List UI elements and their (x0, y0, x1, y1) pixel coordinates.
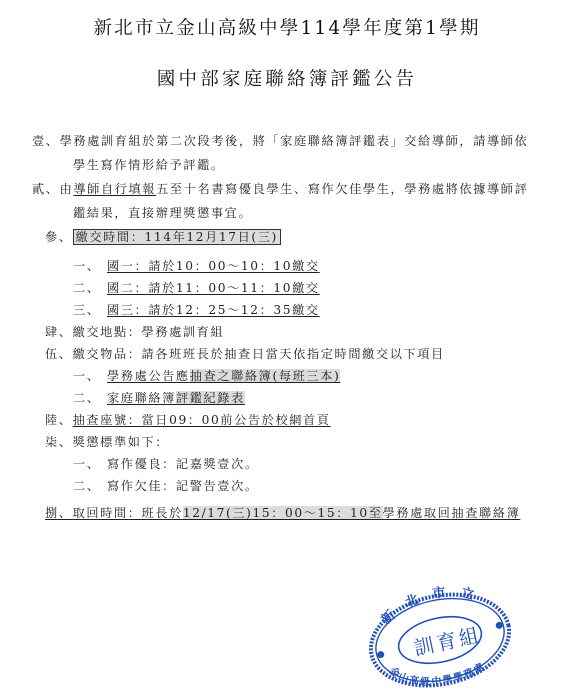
item-2-text-pre: 由 (60, 182, 74, 196)
sub-marker: 一、 (73, 258, 107, 274)
item-8: 捌、取回時間：班長於12/17(三)15：00～15：10至學務處取回抽查聯絡簿 (45, 505, 520, 521)
merit-rule: 寫作優良：記嘉獎壹次。 (107, 457, 259, 471)
item-4-text: 繳交地點：學務處訓育組 (73, 325, 225, 339)
item-7: 柒、獎懲標準如下： (45, 434, 169, 450)
item-3-marker: 參、 (45, 230, 73, 244)
sub-marker: 一、 (73, 368, 107, 384)
official-seal: 新北市立 訓育組 金山高級中學學務處 (365, 580, 515, 692)
item-5-sub-2: 二、家庭聯絡簿評鑑紀錄表 (73, 390, 245, 406)
demerit-rule: 寫作欠佳：記警告壹次。 (107, 479, 259, 493)
sub-marker: 三、 (73, 302, 107, 318)
page-title-line1: 新北市立金山高級中學114學年度第1學期 (0, 14, 574, 40)
page-title-line2: 國中部家庭聯絡簿評鑑公告 (0, 65, 574, 91)
grade-8-schedule: 國二：請於11：00～11：10繳交 (107, 281, 320, 295)
item-3: 參、繳交時間：114年12月17日(三) (45, 229, 281, 245)
item-8-text-pre: 取回時間：班長於 (73, 506, 183, 520)
item-5-text: 繳交物品：請各班班長於抽查日當天依指定時間繳交以下項目 (73, 347, 445, 361)
item-6: 陸、抽查座號：當日09：00前公告於校網首頁 (45, 412, 331, 428)
item-2-underlined: 導師自行填報 (73, 182, 156, 196)
item-7-text: 獎懲標準如下： (73, 435, 170, 449)
item-1-marker: 壹、 (32, 134, 60, 148)
sub-marker: 二、 (73, 478, 107, 494)
item-3-sub-3: 三、國三：請於12：25～12：35繳交 (73, 302, 320, 318)
grade-7-schedule: 國一：請於10：00～10：10繳交 (107, 259, 320, 273)
svg-text:訓育組: 訓育組 (412, 622, 484, 660)
item-1-text: 學務處訓育組於第二次段考後，將「家庭聯絡簿評鑑表」交給導師，請導師依 (60, 134, 529, 148)
item-7-sub-2: 二、寫作欠佳：記警告壹次。 (73, 478, 259, 494)
item-2-marker: 貳、 (32, 182, 60, 196)
item-5-sub-2-plain: 家庭聯絡簿 (107, 391, 176, 405)
item-3-sub-1: 一、國一：請於10：00～10：10繳交 (73, 258, 320, 274)
item-5: 伍、繳交物品：請各班班長於抽查日當天依指定時間繳交以下項目 (45, 346, 445, 362)
item-3-sub-2: 二、國二：請於11：00～11：10繳交 (73, 280, 320, 296)
item-2-text-post: 五至十名書寫優良學生、寫作欠佳學生，學務處將依據導師評 (156, 182, 528, 196)
sub-marker: 二、 (73, 390, 107, 406)
item-8-text-post: 學務處取回抽查聯絡簿 (383, 506, 521, 520)
item-6-text: 抽查座號：當日09：00前公告於校網首頁 (73, 413, 331, 427)
item-2: 貳、由導師自行填報五至十名書寫優良學生、寫作欠佳學生，學務處將依據導師評 (32, 181, 528, 197)
item-8-marker: 捌、 (45, 506, 73, 520)
seal-icon: 新北市立 訓育組 金山高級中學學務處 (365, 580, 515, 692)
grade-9-schedule: 國三：請於12：25～12：35繳交 (107, 303, 320, 317)
item-2-cont: 鑑結果，直接辦理獎懲事宜。 (73, 205, 252, 221)
item-8-highlight: 12/17(三)15：00～15：10至 (183, 506, 383, 520)
item-5-sub-1: 一、學務處公告應抽查之聯絡簿(每班三本) (73, 368, 340, 384)
submission-time-box: 繳交時間：114年12月17日(三) (73, 229, 281, 245)
sub-marker: 一、 (73, 456, 107, 472)
item-7-marker: 柒、 (45, 435, 73, 449)
item-6-marker: 陸、 (45, 413, 73, 427)
item-5-sub-1-plain: 學務處公告應 (107, 369, 190, 383)
sub-marker: 二、 (73, 280, 107, 296)
item-4: 肆、繳交地點：學務處訓育組 (45, 324, 224, 340)
item-5-marker: 伍、 (45, 347, 73, 361)
item-7-sub-1: 一、寫作優良：記嘉獎壹次。 (73, 456, 259, 472)
item-5-sub-1-highlight: 抽查之聯絡簿(每班三本) (190, 369, 341, 383)
item-1-cont: 學生寫作情形給予評鑑。 (73, 157, 225, 173)
item-4-marker: 肆、 (45, 325, 73, 339)
item-1: 壹、學務處訓育組於第二次段考後，將「家庭聯絡簿評鑑表」交給導師，請導師依 (32, 133, 528, 149)
item-5-sub-2-highlight: 評鑑紀錄表 (176, 391, 245, 405)
